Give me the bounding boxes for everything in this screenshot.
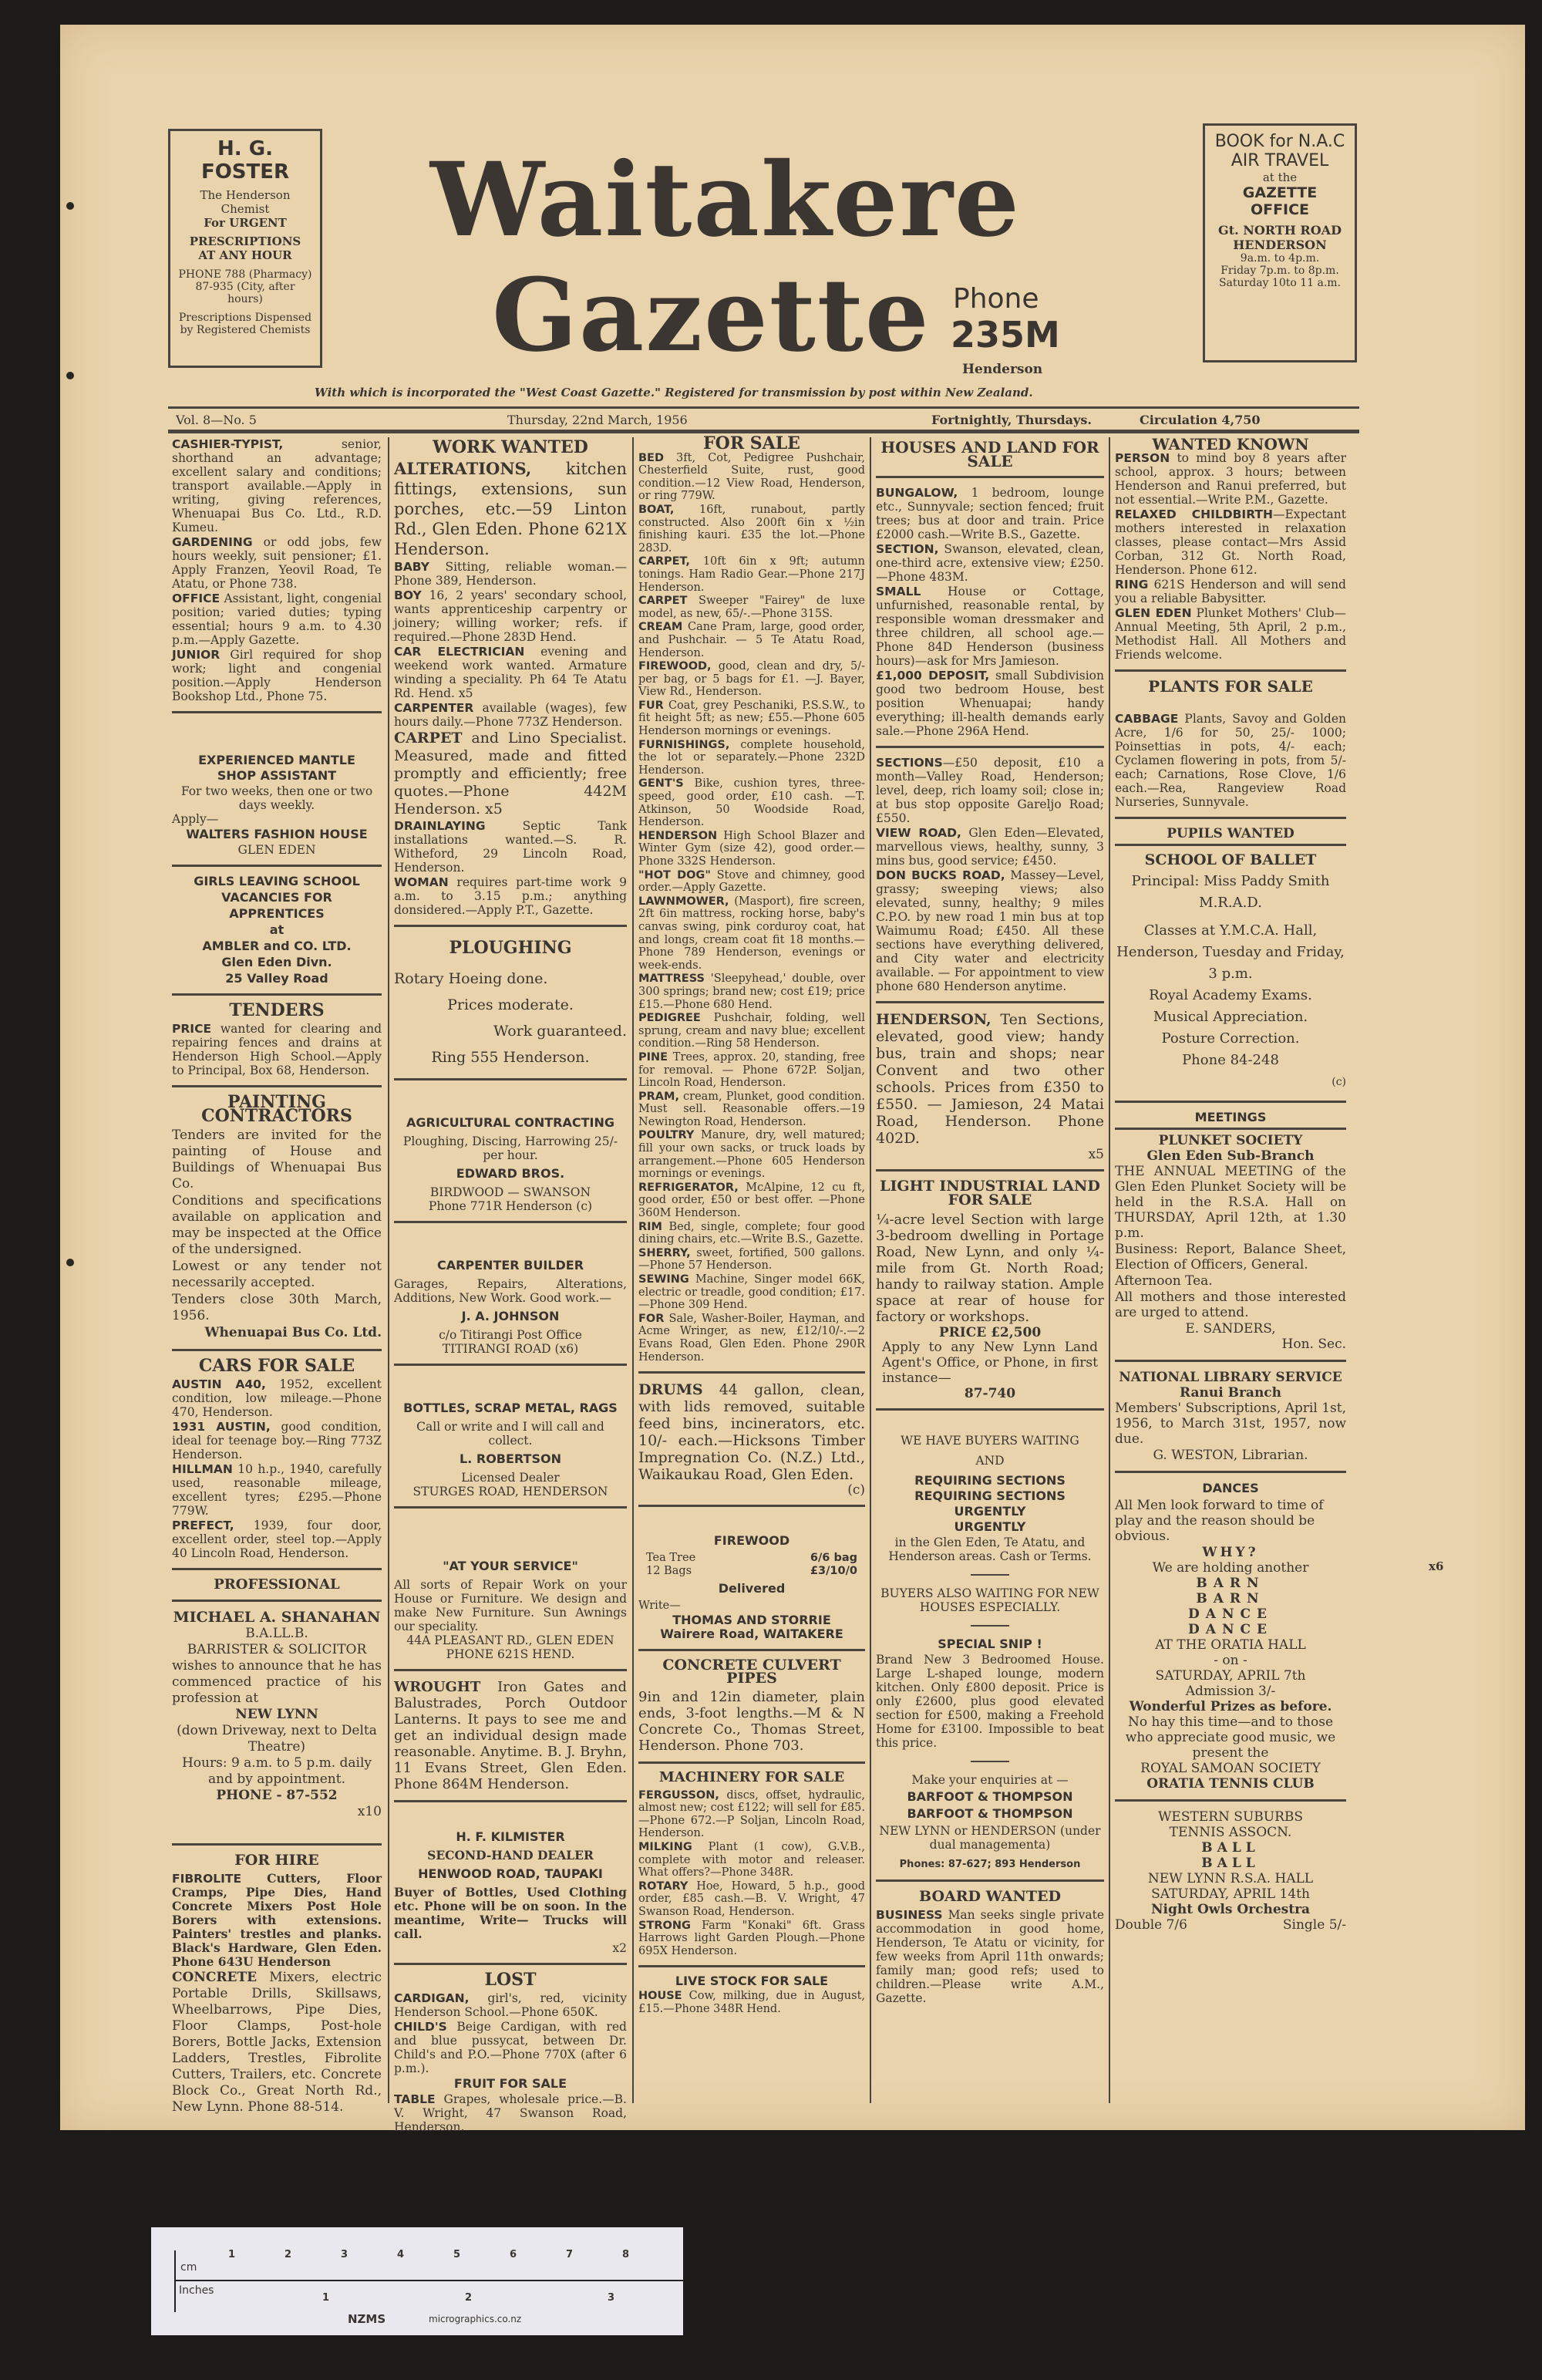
- classified-ad: PEDIGREE Pushchair, folding, well sprung…: [638, 1012, 865, 1050]
- ad-line: Licensed Dealer: [394, 1471, 627, 1485]
- ad-line: NEW LYNN R.S.A. HALL: [1115, 1871, 1346, 1886]
- cm-tick: 8: [622, 2249, 629, 2260]
- ad-line: SATURDAY, APRIL 14th: [1115, 1886, 1346, 1902]
- ad-line: HENDERSON: [1213, 238, 1347, 252]
- column-3: FOR SALE BED 3ft, Cot, Pedigree Pushchai…: [638, 437, 865, 2016]
- ad-signature: E. SANDERS,: [1115, 1321, 1346, 1337]
- ad-line: NEW LYNN or HENDERSON (under dual manage…: [876, 1824, 1104, 1852]
- divider: [394, 1078, 627, 1080]
- ad-line: Hours: 9 a.m. to 5 p.m. daily and by app…: [172, 1755, 382, 1788]
- section-heading: PROFESSIONAL: [172, 1578, 382, 1592]
- ad-heading: AGRICULTURAL CONTRACTING: [394, 1116, 627, 1130]
- ticket-prices: Double 7/6Single 5/-: [1115, 1917, 1346, 1933]
- ruler-line: [174, 2280, 683, 2281]
- ad-line: GAZETTE OFFICE: [1213, 184, 1347, 218]
- divider: [1115, 844, 1346, 846]
- classified-ad: FUR Coat, grey Peschaniki, P.S.S.W., to …: [638, 700, 865, 738]
- section-heading: FRUIT FOR SALE: [396, 2077, 625, 2091]
- ad-line: URGENTLY: [877, 1505, 1103, 1519]
- firewood-ad: FIREWOOD Tea Tree6/6 bag 12 Bags£3/10/0 …: [638, 1535, 865, 1641]
- ad-line: AMBLER and CO. LTD.: [172, 939, 382, 953]
- binding-hole: [66, 1259, 74, 1266]
- classified-ad: AUSTIN A40, 1952, excellent condition, l…: [172, 1377, 382, 1419]
- section-heading: CARS FOR SALE: [172, 1359, 382, 1373]
- divider: [172, 865, 382, 867]
- divider: [876, 746, 1104, 748]
- classified-ad: SMALL House or Cottage, unfurnished, rea…: [876, 585, 1104, 668]
- ad-line: BOOK for N.A.C: [1213, 132, 1347, 151]
- divider: [1115, 1471, 1346, 1473]
- classified-ad: POULTRY Manure, dry, well matured; fill …: [638, 1129, 865, 1180]
- carpenter-builder-ad: CARPENTER BUILDER Garages, Repairs, Alte…: [394, 1259, 627, 1356]
- classified-ad: PRAM, cream, Plunket, good condition. Mu…: [638, 1091, 865, 1129]
- ad-line: PHONE 788 (Pharmacy): [178, 268, 312, 281]
- ad-line: B.A.LL.B.: [172, 1626, 382, 1642]
- newspaper-page: H. G. FOSTER The Henderson Chemist For U…: [60, 25, 1525, 2130]
- classified-ad: FURNISHINGS, complete household, the lot…: [638, 739, 865, 777]
- ad-line: Classes at Y.M.C.A. Hall, Henderson, Tue…: [1115, 920, 1346, 985]
- ad-code: x5: [876, 1148, 1104, 1161]
- classified-ad: GENT'S Bike, cushion tyres, three-speed,…: [638, 777, 865, 828]
- ad-line: Prescriptions Dispensed by Registered Ch…: [178, 312, 312, 336]
- ad-body: All sorts of Repair Work on your House o…: [394, 1578, 627, 1633]
- classified-ad: FIBROLITE Cutters, Floor Cramps, Pipe Di…: [172, 1872, 382, 1969]
- ad-line: URGENTLY: [877, 1520, 1103, 1534]
- ad-line: BALL: [1115, 1856, 1346, 1871]
- ad-line: REQUIRING SECTIONS: [877, 1474, 1103, 1488]
- ad-name: H. F. KILMISTER: [394, 1830, 627, 1844]
- issue-date: Thursday, 22nd March, 1956: [507, 413, 688, 427]
- volume-number: Vol. 8—No. 5: [176, 413, 257, 427]
- ad-line: DANCE: [1115, 1606, 1346, 1622]
- ad-line: Saturday 10to 11 a.m.: [1213, 277, 1347, 289]
- classified-ad: HENDERSON High School Blazer and Winter …: [638, 830, 865, 868]
- ad-code: (c): [638, 1484, 865, 1497]
- divider: [172, 1349, 382, 1351]
- section-heading: MACHINERY FOR SALE: [638, 1772, 865, 1785]
- classified-ad: PREFECT, 1939, four door, excellent orde…: [172, 1519, 382, 1560]
- ad-line: (down Driveway, next to Delta Theatre): [172, 1723, 382, 1755]
- ad-line: Posture Correction.: [1115, 1028, 1346, 1050]
- divider: [168, 406, 1359, 409]
- cm-tick: 5: [453, 2249, 460, 2260]
- inch-tick: 3: [608, 2292, 614, 2304]
- column-rule: [1109, 437, 1110, 2103]
- ad-line: Royal Academy Exams.: [1115, 985, 1346, 1006]
- ad-line: at: [172, 923, 382, 937]
- ad-line: APPRENTICES: [172, 907, 382, 921]
- divider: [971, 1625, 1009, 1627]
- ad-line: The Henderson Chemist: [178, 188, 312, 216]
- ad-line: VACANCIES FOR: [172, 891, 382, 905]
- ad-heading: SHOP ASSISTANT: [172, 769, 382, 783]
- ad-signature: Whenuapai Bus Co. Ltd.: [172, 1325, 382, 1341]
- ad-line: ORATIA TENNIS CLUB: [1115, 1776, 1346, 1792]
- inch-tick: 2: [465, 2292, 472, 2304]
- classified-ad: RELAXED CHILDBIRTH—Expectant mothers int…: [1115, 507, 1346, 577]
- ad-body: wishes to announce that he has commenced…: [172, 1658, 382, 1707]
- ad-line: REQUIRING SECTIONS: [877, 1489, 1103, 1503]
- classified-ad: RIM Bed, single, complete; four good din…: [638, 1221, 865, 1246]
- masthead-subtitle: With which is incorporated the "West Coa…: [315, 386, 1033, 399]
- ad-body: Tenders close 30th March, 1956.: [172, 1292, 382, 1324]
- classified-ad: CARPET and Lino Specialist. Measured, ma…: [394, 730, 627, 818]
- column-1: CASHIER-TYPIST, senior, shorthand an adv…: [172, 437, 382, 2116]
- divider: [394, 1506, 627, 1509]
- section-heading: WORK WANTED: [394, 440, 627, 454]
- divider: [172, 1843, 382, 1846]
- ad-line: AT ANY HOUR: [178, 248, 312, 262]
- divider: [638, 1761, 865, 1764]
- divider: [1115, 1360, 1346, 1362]
- classified-ad: CASHIER-TYPIST, senior, shorthand an adv…: [172, 437, 382, 534]
- ad-code: (c): [1115, 1071, 1346, 1093]
- ad-line: AND: [876, 1454, 1104, 1468]
- divider: [172, 1085, 382, 1087]
- divider: [876, 1408, 1104, 1411]
- ad-line: Night Owls Orchestra: [1115, 1902, 1346, 1917]
- section-heading: HOUSES AND LAND FOR SALE: [876, 440, 1104, 468]
- classified-ad: SECTION, Swanson, elevated, clean, one-t…: [876, 542, 1104, 584]
- classified-ad: PERSON to mind boy 8 years after school,…: [1115, 451, 1346, 507]
- ad-heading: PLOUGHING: [394, 935, 627, 961]
- classified-ad: CAR ELECTRICIAN evening and weekend work…: [394, 645, 627, 700]
- ad-phone: 87-740: [876, 1387, 1104, 1401]
- divider: [394, 1669, 627, 1671]
- section-heading: FOR HIRE: [172, 1853, 382, 1867]
- divider: [394, 1221, 627, 1223]
- cm-tick: 3: [341, 2249, 348, 2260]
- divider: [394, 1963, 627, 1965]
- ad-line: ROYAL SAMOAN SOCIETY: [1115, 1761, 1346, 1776]
- ad-heading: EXPERIENCED MANTLE: [172, 753, 382, 767]
- scrap-dealer-ad: BOTTLES, SCRAP METAL, RAGS Call or write…: [394, 1401, 627, 1498]
- inches-label: Inches: [179, 2284, 214, 2297]
- ad-heading: BOTTLES, SCRAP METAL, RAGS: [394, 1401, 627, 1415]
- classified-ad: GLEN EDEN Plunket Mothers' Club—Annual M…: [1115, 606, 1346, 662]
- section-heading: LIGHT INDUSTRIAL LAND FOR SALE: [876, 1179, 1104, 1207]
- ad-body: Garages, Repairs, Alterations, Additions…: [394, 1277, 627, 1305]
- ad-name: L. ROBERTSON: [394, 1452, 627, 1466]
- ad-line: SATURDAY, APRIL 7th: [1115, 1668, 1346, 1684]
- ad-line: HENWOOD ROAD, TAUPAKI: [394, 1867, 627, 1881]
- ad-line: WHY?: [1115, 1545, 1346, 1560]
- masthead-place: Henderson: [962, 362, 1042, 377]
- ad-body: Apply to any New Lynn Land Agent's Offic…: [876, 1340, 1104, 1386]
- section-heading: PAINTING CONTRACTORS: [172, 1095, 382, 1123]
- ad-line: TENNIS ASSOCN.: [1115, 1825, 1346, 1840]
- ad-line: at the: [1213, 170, 1347, 184]
- air-travel-ad: BOOK for N.A.C AIR TRAVEL at the GAZETTE…: [1203, 123, 1357, 362]
- ad-heading: PLUNKET SOCIETY: [1115, 1133, 1346, 1148]
- ad-code: x2: [394, 1941, 627, 1955]
- section-heading: LOST: [394, 1973, 627, 1987]
- divider: [394, 1800, 627, 1802]
- ad-body: Buyer of Bottles, Used Clothing etc. Pho…: [394, 1886, 627, 1941]
- barfoot-thompson-ad: WE HAVE BUYERS WAITING AND REQUIRING SEC…: [876, 1434, 1104, 1872]
- divider: [971, 1761, 1009, 1762]
- classified-ad: PINE Trees, approx. 20, standing, free f…: [638, 1051, 865, 1090]
- classified-ad: CARPENTER available (wages), few hours d…: [394, 701, 627, 729]
- ad-line: Wairere Road, WAITAKERE: [640, 1628, 864, 1641]
- ad-line: Principal: Miss Paddy Smith M.R.A.D.: [1115, 871, 1346, 914]
- ad-line: Prices moderate.: [394, 992, 627, 1018]
- ad-body: Business: Report, Balance Sheet, Electio…: [1115, 1242, 1346, 1273]
- ad-line: PRESCRIPTIONS: [178, 234, 312, 248]
- ad-line: Delivered: [638, 1583, 865, 1596]
- girls-apprentices-ad: GIRLS LEAVING SCHOOL VACANCIES FOR APPRE…: [172, 875, 382, 986]
- ad-code: x10: [172, 1804, 382, 1820]
- ruler-edge: [174, 2250, 176, 2312]
- ad-line: Hon. Sec.: [1115, 1337, 1346, 1352]
- ad-heading: "AT YOUR SERVICE": [394, 1559, 627, 1573]
- classified-ad: FERGUSSON, discs, offset, hydraulic, alm…: [638, 1789, 865, 1840]
- divider: [638, 1965, 865, 1967]
- section-heading: PUPILS WANTED: [1116, 827, 1345, 841]
- classified-ad: DRUMS 44 gallon, clean, with lids remove…: [638, 1381, 865, 1483]
- classified-ad: CHILD'S Beige Cardigan, with red and blu…: [394, 2020, 627, 2075]
- cm-tick: 6: [510, 2249, 517, 2260]
- ad-line: BUYERS ALSO WAITING FOR NEW HOUSES ESPEC…: [876, 1586, 1104, 1614]
- ad-body: All Men look forward to time of play and…: [1115, 1498, 1346, 1544]
- ad-line: BARN: [1115, 1591, 1346, 1606]
- repair-service-ad: "AT YOUR SERVICE" All sorts of Repair Wo…: [394, 1559, 627, 1661]
- cm-tick: 7: [566, 2249, 573, 2260]
- ad-heading: FIREWOOD: [638, 1535, 865, 1548]
- ad-line: WESTERN SUBURBS: [1115, 1809, 1346, 1825]
- ad-line: BIRDWOOD — SWANSON: [394, 1185, 627, 1199]
- painting-tender: Tenders are invited for the painting of …: [172, 1128, 382, 1341]
- classified-ad: BED 3ft, Cot, Pedigree Pushchair, Cheste…: [638, 452, 865, 503]
- ad-line: GIRLS LEAVING SCHOOL: [172, 875, 382, 888]
- section-heading: PLANTS FOR SALE: [1115, 679, 1346, 693]
- ad-body: THE ANNUAL MEETING of the Glen Eden Plun…: [1115, 1164, 1346, 1241]
- cm-tick: 2: [284, 2249, 291, 2260]
- classified-ad: GARDENING or odd jobs, few hours weekly,…: [172, 535, 382, 591]
- divider: [1115, 1101, 1346, 1103]
- ad-line: BARRISTER & SOLICITOR: [172, 1642, 382, 1658]
- price: Double 7/6: [1115, 1917, 1187, 1933]
- classified-ad: STRONG Farm "Konaki" 6ft. Grass Harrows …: [638, 1920, 865, 1958]
- ad-firm: BARFOOT & THOMPSON: [879, 1807, 1101, 1821]
- binding-hole: [66, 202, 74, 210]
- ad-title: H. G. FOSTER: [178, 137, 312, 184]
- divider: [172, 1600, 382, 1602]
- ad-line: Phone 771R Henderson (c): [394, 1199, 627, 1213]
- section-heading: WANTED KNOWN: [1115, 437, 1346, 451]
- ad-body: 9in and 12in diameter, plain ends, 3-foo…: [638, 1689, 865, 1754]
- ad-line: in the Glen Eden, Te Atatu, and Henderso…: [876, 1536, 1104, 1563]
- classified-ad: BUSINESS Man seeks single private accomm…: [876, 1908, 1104, 2005]
- divider: [172, 711, 382, 713]
- ad-line: c/o Titirangi Post Office: [394, 1328, 627, 1342]
- classified-ad: OFFICE Assistant, light, congenial posit…: [172, 592, 382, 647]
- ad-place: GLEN EDEN: [172, 843, 382, 857]
- classified-ad: SECTIONS—£50 deposit, £10 a month—Valley…: [876, 756, 1104, 825]
- divider: [394, 925, 627, 927]
- classified-ad: VIEW ROAD, Glen Eden—Elevated, marvellou…: [876, 826, 1104, 868]
- ad-body: No hay this time—and to those who apprec…: [1115, 1714, 1346, 1761]
- classified-ad: BABY Sitting, reliable woman.—Phone 389,…: [394, 560, 627, 588]
- classified-ad: 1931 AUSTIN, good condition, ideal for t…: [172, 1420, 382, 1461]
- ad-line: PHONE - 87-552: [172, 1788, 382, 1804]
- cm-tick: 1: [228, 2249, 235, 2260]
- classified-ad: DON BUCKS ROAD, Massey—Level, grassy; sw…: [876, 868, 1104, 993]
- masthead-title: Gazette: [492, 256, 931, 374]
- solicitor-ad: MICHAEL A. SHANAHAN B.A.LL.B. BARRISTER …: [172, 1610, 382, 1820]
- ad-phone: Phone 84-248: [1115, 1050, 1346, 1071]
- classified-ad: BOY 16, 2 years' secondary school, wants…: [394, 588, 627, 644]
- classified-ad: £1,000 DEPOSIT, small Subdivision good t…: [876, 669, 1104, 738]
- ad-line: AT THE ORATIA HALL: [1115, 1637, 1346, 1653]
- ad-line: Make your enquiries at —: [876, 1773, 1104, 1787]
- classified-ad: SEWING Machine, Singer model 66K, electr…: [638, 1273, 865, 1312]
- price-row: Tea Tree6/6 bag: [638, 1552, 865, 1565]
- classified-ad: "HOT DOG" Stove and chimney, good order.…: [638, 869, 865, 895]
- column-rule: [632, 437, 634, 2103]
- classified-ad: CARPET, 10ft 6in x 9ft; autumn tonings. …: [638, 555, 865, 594]
- classified-ad: LAWNMOWER, (Masport), fire screen, 2ft 6…: [638, 895, 865, 973]
- ad-body: Tenders are invited for the painting of …: [172, 1128, 382, 1192]
- item: 12 Bags: [646, 1565, 692, 1578]
- ad-line: AIR TRAVEL: [1213, 151, 1347, 170]
- ad-firm: BARFOOT & THOMPSON: [879, 1790, 1101, 1804]
- section-heading: MEETINGS: [1116, 1111, 1345, 1124]
- price: 6/6 bag: [810, 1552, 857, 1565]
- ad-line: NEW LYNN: [172, 1707, 382, 1723]
- ad-body: ¼-acre level Section with large 3-bedroo…: [876, 1212, 1104, 1325]
- classified-ad: HILLMAN 10 h.p., 1940, carefully used, r…: [172, 1462, 382, 1518]
- ad-line: Glen Eden Divn.: [172, 956, 382, 969]
- classified-ad: DRAINLAYING Septic Tank installations wa…: [394, 819, 627, 875]
- ad-firm: WALTERS FASHION HOUSE: [172, 828, 382, 841]
- divider: [638, 1649, 865, 1651]
- ad-line: Write—: [638, 1600, 865, 1613]
- ad-heading: DANCES: [1116, 1481, 1345, 1496]
- scale-ruler: cm Inches 1 2 3 4 5 6 7 8 1 2 3 NZMS mic…: [151, 2227, 683, 2335]
- ad-line: Ring 555 Henderson.: [394, 1044, 627, 1070]
- divider: [876, 476, 1104, 478]
- foster-chemist-ad: H. G. FOSTER The Henderson Chemist For U…: [168, 129, 322, 368]
- classified-ad: WOMAN requires part-time work 9 a.m. to …: [394, 875, 627, 917]
- classified-ad: CABBAGE Plants, Savoy and Golden Acre, 1…: [1115, 712, 1346, 809]
- item: Tea Tree: [646, 1552, 695, 1565]
- ad-body: Members' Subscriptions, April 1st, 1956,…: [1115, 1401, 1346, 1447]
- ad-line: We are holding another: [1115, 1560, 1346, 1576]
- divider: [876, 1879, 1104, 1882]
- classified-ad: TABLE Grapes, wholesale price.—B. V. Wri…: [394, 2092, 627, 2134]
- divider: [638, 1505, 865, 1507]
- ad-line: Musical Appreciation.: [1115, 1006, 1346, 1028]
- ruler-brand: NZMS: [348, 2312, 385, 2326]
- column-rule: [388, 437, 389, 2103]
- circulation: Circulation 4,750: [1140, 413, 1261, 427]
- frequency: Fortnightly, Thursdays.: [931, 413, 1092, 427]
- second-hand-dealer-ad: H. F. KILMISTER SECOND-HAND DEALER HENWO…: [394, 1830, 627, 1955]
- section-heading: FOR SALE: [638, 437, 865, 450]
- divider: [1115, 669, 1346, 672]
- divider: [971, 1574, 1009, 1576]
- masthead-phone: 235M: [951, 314, 1060, 356]
- ad-body: Ploughing, Discing, Harrowing 25/- per h…: [394, 1134, 627, 1162]
- column-5: WANTED KNOWN PERSON to mind boy 8 years …: [1115, 437, 1346, 1933]
- classified-ad: CREAM Cane Pram, large, good order, and …: [638, 621, 865, 659]
- ad-line: Work guaranteed.: [394, 1018, 627, 1044]
- library-notice: NATIONAL LIBRARY SERVICE Ranui Branch Me…: [1115, 1370, 1346, 1463]
- ad-line: Wonderful Prizes as before.: [1115, 1699, 1346, 1714]
- ad-firm: THOMAS AND STORRIE: [640, 1614, 864, 1627]
- ad-line: 87-935 (City, after hours): [178, 281, 312, 305]
- ruler-site: micrographics.co.nz: [429, 2314, 521, 2324]
- classified-ad: ALTERATIONS, kitchen fittings, extension…: [394, 459, 627, 559]
- divider: [172, 993, 382, 996]
- ad-body: Apply—: [172, 812, 382, 826]
- ad-line: STURGES ROAD, HENDERSON: [394, 1485, 627, 1498]
- binding-hole: [66, 372, 74, 379]
- divider: [1115, 1799, 1346, 1802]
- classified-ad: MILKING Plant (1 cow), G.V.B., complete …: [638, 1841, 865, 1879]
- column-4: HOUSES AND LAND FOR SALE BUNGALOW, 1 bed…: [876, 437, 1104, 2006]
- section-heading: BOARD WANTED: [876, 1890, 1104, 1903]
- ad-body: Lowest or any tender not necessarily acc…: [172, 1259, 382, 1291]
- section-heading: LIVE STOCK FOR SALE: [640, 1975, 864, 1988]
- divider: [394, 1364, 627, 1366]
- ad-body: Afternoon Tea.: [1115, 1273, 1346, 1289]
- ad-heading: SCHOOL OF BALLET: [1115, 849, 1346, 871]
- ad-line: Gt. NORTH ROAD: [1213, 223, 1347, 238]
- classified-ad: REFRIGERATOR, McAlpine, 12 cu ft, good o…: [638, 1182, 865, 1220]
- plunket-meeting: PLUNKET SOCIETY Glen Eden Sub-Branch THE…: [1115, 1133, 1346, 1352]
- classified-ad: SHERRY, sweet, fortified, 500 gallons.—P…: [638, 1247, 865, 1273]
- ad-phone: Phones: 87-627; 893 Henderson: [876, 1858, 1104, 1872]
- price: £3/10/0: [810, 1565, 857, 1578]
- ad-line: BARN: [1115, 1576, 1346, 1591]
- divider: [876, 1001, 1104, 1003]
- classified-ad: PRICE wanted for clearing and repairing …: [172, 1022, 382, 1077]
- classified-ad: WROUGHT Iron Gates and Balustrades, Porc…: [394, 1679, 627, 1792]
- classified-ad: CARPET Sweeper "Fairey" de luxe model, a…: [638, 595, 865, 620]
- classified-ad: BUNGALOW, 1 bedroom, lounge etc., Sunnyv…: [876, 486, 1104, 541]
- classified-ad: MATTRESS 'Sleepyhead,' double, over 300 …: [638, 973, 865, 1011]
- price: Single 5/-: [1283, 1917, 1346, 1933]
- mantle-ad: EXPERIENCED MANTLE SHOP ASSISTANT For tw…: [172, 753, 382, 857]
- ad-line: Rotary Hoeing done.: [394, 966, 627, 992]
- classified-ad: FOR Sale, Washer-Boiler, Hayman, and Acm…: [638, 1313, 865, 1364]
- classified-ad: CONCRETE Mixers, electric Portable Drill…: [172, 1970, 382, 2115]
- ad-heading: SPECIAL SNIP !: [877, 1637, 1103, 1651]
- ploughing-ad: PLOUGHING Rotary Hoeing done. Prices mod…: [394, 935, 627, 1070]
- ad-line: For URGENT: [178, 216, 312, 230]
- divider: [172, 1568, 382, 1570]
- ad-name: J. A. JOHNSON: [394, 1310, 627, 1323]
- ad-body: Conditions and specifications available …: [172, 1193, 382, 1258]
- ad-line: DANCE: [1115, 1622, 1346, 1637]
- section-heading: TENDERS: [172, 1003, 382, 1017]
- ad-line: 25 Valley Road: [172, 972, 382, 986]
- ad-firm: EDWARD BROS.: [394, 1167, 627, 1181]
- classified-ad: ROTARY Hoe, Howard, 5 h.p., good order, …: [638, 1880, 865, 1919]
- ballet-school-ad: SCHOOL OF BALLET Principal: Miss Paddy S…: [1115, 849, 1346, 1093]
- classified-ad: HOUSE Cow, milking, due in August, £15.—…: [638, 1990, 865, 2015]
- ad-line: BALL: [1115, 1840, 1346, 1856]
- ad-price: PRICE £2,500: [876, 1326, 1104, 1340]
- ad-line: PHONE 621S HEND.: [394, 1647, 627, 1661]
- ad-line: Friday 7p.m. to 8p.m.: [1213, 265, 1347, 277]
- tennis-ball-ad: WESTERN SUBURBS TENNIS ASSOCN. BALL BALL…: [1115, 1809, 1346, 1933]
- section-heading: CONCRETE CULVERT PIPES: [638, 1659, 865, 1684]
- column-2: WORK WANTED ALTERATIONS, kitchen fitting…: [394, 437, 627, 2135]
- ad-line: Glen Eden Sub-Branch: [1115, 1148, 1346, 1164]
